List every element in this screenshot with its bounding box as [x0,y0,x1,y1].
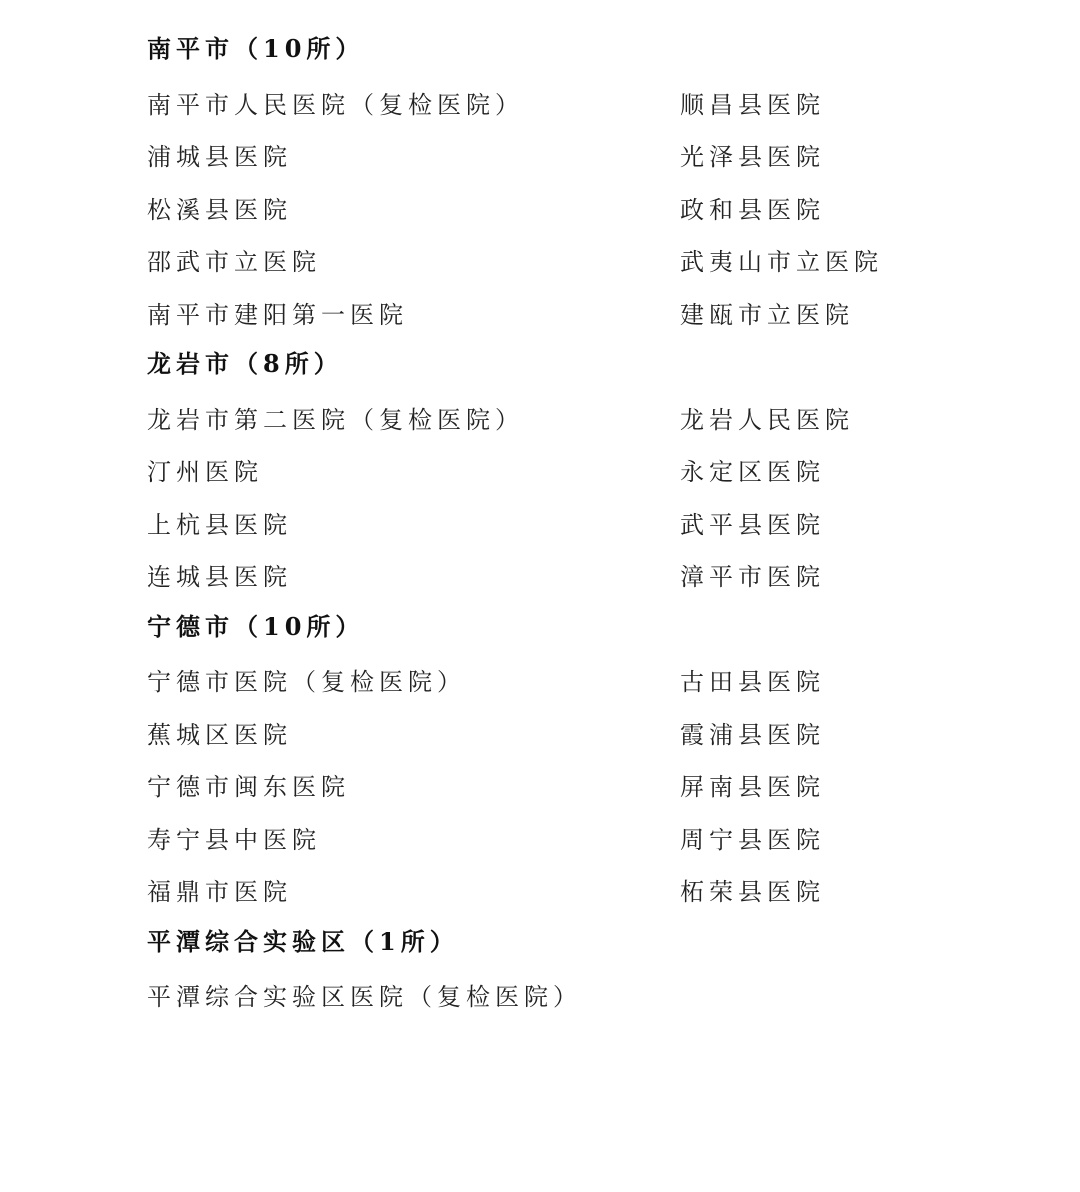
hospital-name: 古田县医院 [680,656,1007,709]
list-row: 南平市建阳第一医院 建瓯市立医院 [147,289,1007,342]
list-row: 寿宁县中医院 周宁县医院 [147,814,1007,867]
hospital-name: 浦城县医院 [147,131,680,184]
section-pingtan: 平潭综合实验区（1所） 平潭综合实验区医院（复检医院） [147,919,1007,1024]
section-ningde: 宁德市（10所） 宁德市医院（复检医院） 古田县医院 蕉城区医院 霞浦县医院 宁… [147,604,1007,919]
hospital-name: 平潭综合实验区医院（复检医院） [147,971,680,1024]
hospital-name: 南平市人民医院（复检医院） [147,79,680,132]
list-row: 龙岩市第二医院（复检医院） 龙岩人民医院 [147,394,1007,447]
hospital-name: 寿宁县中医院 [147,814,680,867]
section-heading: 南平市（10所） [147,26,1007,79]
hospital-name: 武夷山市立医院 [680,236,1007,289]
list-row: 平潭综合实验区医院（复检医院） [147,971,1007,1024]
hospital-name: 屏南县医院 [680,761,1007,814]
hospital-name: 顺昌县医院 [680,79,1007,132]
hospital-name: 漳平市医院 [680,551,1007,604]
list-row: 上杭县医院 武平县医院 [147,499,1007,552]
list-row: 浦城县医院 光泽县医院 [147,131,1007,184]
section-longyan: 龙岩市（8所） 龙岩市第二医院（复检医院） 龙岩人民医院 汀州医院 永定区医院 … [147,341,1007,604]
list-row: 福鼎市医院 柘荣县医院 [147,866,1007,919]
list-row: 宁德市闽东医院 屏南县医院 [147,761,1007,814]
hospital-name: 霞浦县医院 [680,709,1007,762]
list-row: 宁德市医院（复检医院） 古田县医院 [147,656,1007,709]
hospital-name: 蕉城区医院 [147,709,680,762]
list-row: 汀州医院 永定区医院 [147,446,1007,499]
hospital-name: 汀州医院 [147,446,680,499]
hospital-name: 永定区医院 [680,446,1007,499]
hospital-name: 松溪县医院 [147,184,680,237]
hospital-name: 武平县医院 [680,499,1007,552]
list-row: 邵武市立医院 武夷山市立医院 [147,236,1007,289]
list-row: 蕉城区医院 霞浦县医院 [147,709,1007,762]
hospital-name: 龙岩市第二医院（复检医院） [147,394,680,447]
hospital-name: 建瓯市立医院 [680,289,1007,342]
hospital-name: 连城县医院 [147,551,680,604]
hospital-name: 宁德市闽东医院 [147,761,680,814]
hospital-name: 福鼎市医院 [147,866,680,919]
hospital-name: 龙岩人民医院 [680,394,1007,447]
hospital-name: 柘荣县医院 [680,866,1007,919]
section-heading: 平潭综合实验区（1所） [147,919,1007,972]
hospital-list-document: 南平市（10所） 南平市人民医院（复检医院） 顺昌县医院 浦城县医院 光泽县医院… [147,26,1007,1024]
list-row: 松溪县医院 政和县医院 [147,184,1007,237]
list-row: 连城县医院 漳平市医院 [147,551,1007,604]
section-nanping: 南平市（10所） 南平市人民医院（复检医院） 顺昌县医院 浦城县医院 光泽县医院… [147,26,1007,341]
hospital-name [680,971,1007,1024]
section-heading: 宁德市（10所） [147,604,1007,657]
hospital-name: 南平市建阳第一医院 [147,289,680,342]
hospital-name: 周宁县医院 [680,814,1007,867]
hospital-name: 宁德市医院（复检医院） [147,656,680,709]
hospital-name: 光泽县医院 [680,131,1007,184]
list-row: 南平市人民医院（复检医院） 顺昌县医院 [147,79,1007,132]
section-heading: 龙岩市（8所） [147,341,1007,394]
hospital-name: 政和县医院 [680,184,1007,237]
hospital-name: 邵武市立医院 [147,236,680,289]
hospital-name: 上杭县医院 [147,499,680,552]
